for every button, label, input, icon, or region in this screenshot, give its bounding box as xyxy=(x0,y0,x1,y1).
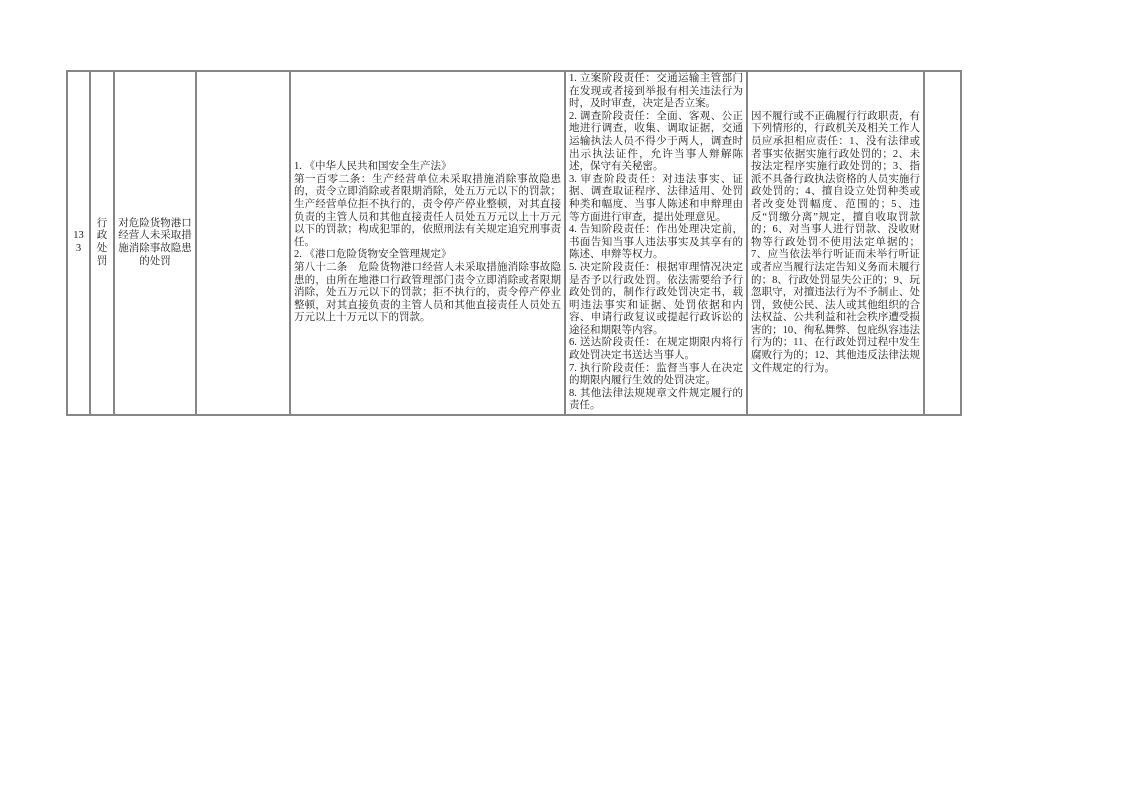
power-name-cell: 对危险货物港口经营人未采取措施消除事故隐患的处罚 xyxy=(114,71,196,415)
responsibility-steps-cell: 1. 立案阶段责任：交通运输主管部门在发现或者接到举报有相关违法行为时，及时审查… xyxy=(565,71,747,415)
table-row: 133 行政处罚 对危险货物港口经营人未采取措施消除事故隐患的处罚 1. 《中华… xyxy=(67,71,961,415)
accountability-cell: 因不履行或不正确履行行政职责，有下列情形的，行政机关及相关工作人员应承担相应责任… xyxy=(747,71,924,415)
legal-basis-cell: 1. 《中华人民共和国安全生产法》 第一百零二条：生产经营单位未采取措施消除事故… xyxy=(290,71,565,415)
empty-cell-2 xyxy=(924,71,961,415)
row-number-cell: 133 xyxy=(67,71,90,415)
power-type-cell: 行政处罚 xyxy=(90,71,114,415)
power-responsibility-table: 133 行政处罚 对危险货物港口经营人未采取措施消除事故隐患的处罚 1. 《中华… xyxy=(66,70,962,416)
empty-cell-1 xyxy=(196,71,290,415)
document-page: 133 行政处罚 对危险货物港口经营人未采取措施消除事故隐患的处罚 1. 《中华… xyxy=(0,0,1122,793)
